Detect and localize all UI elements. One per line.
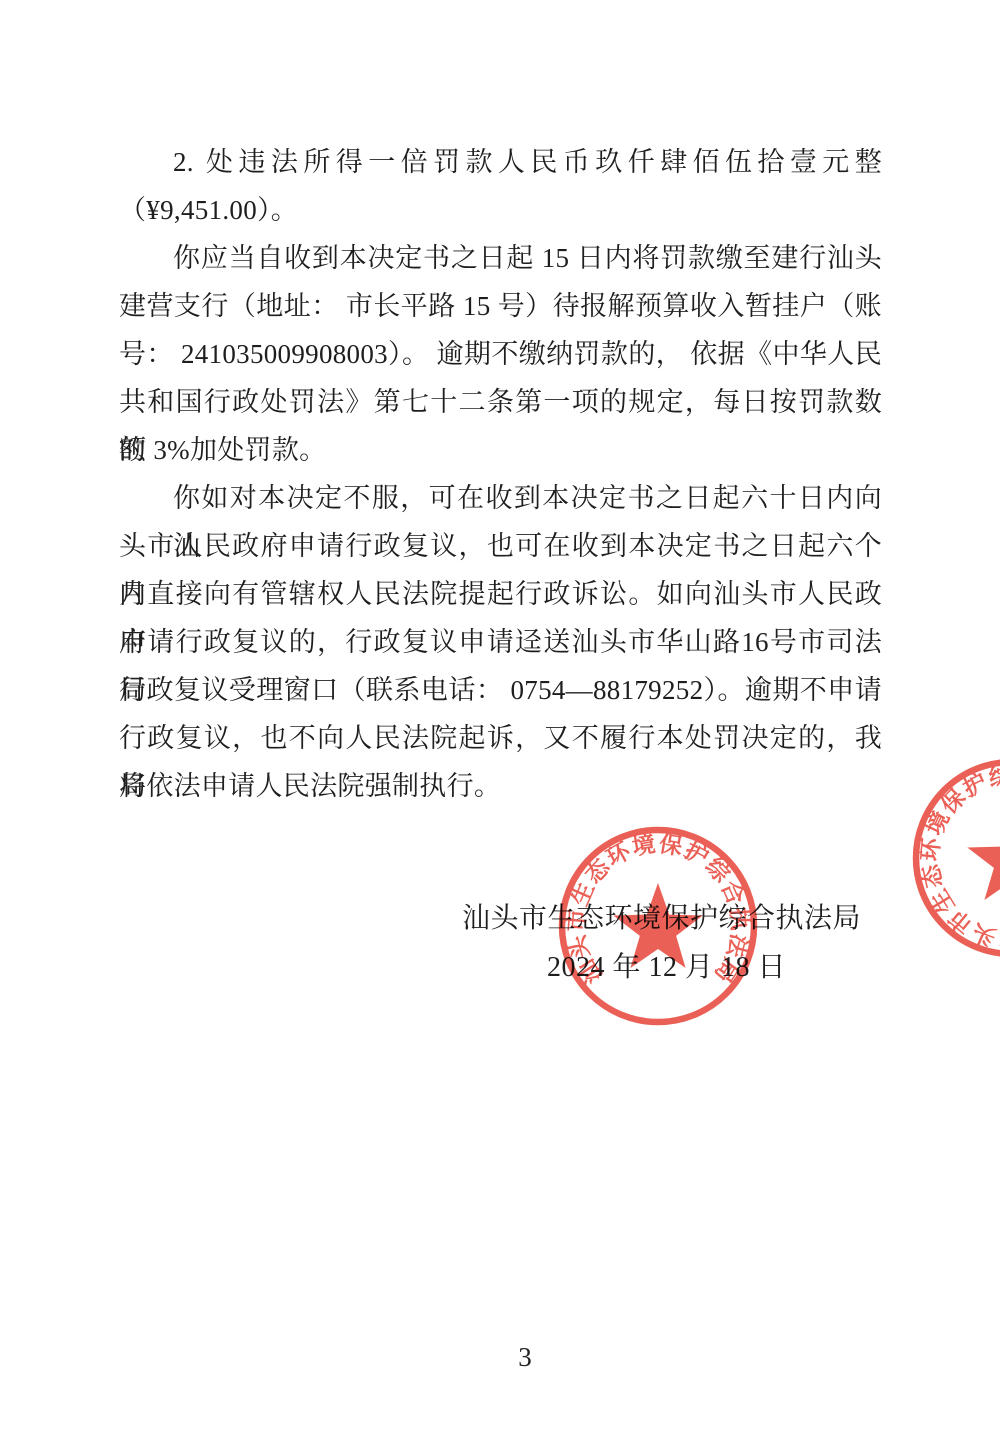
signature-agency: 汕头市生态环境保护综合执法局	[462, 901, 854, 937]
body-line: 你应当自收到本决定书之日起 15 日内将罚款缴至建行汕头	[119, 234, 882, 282]
body-line: 建营支行（地址： 市长平路 15 号）待报解预算收入暂挂户（账	[119, 282, 882, 330]
svg-text:汕头市生态环境保护综合执法局: 汕头市生态环境保护综合执法局	[902, 746, 1000, 966]
signature-date: 2024 年 12 月 18 日	[547, 950, 786, 986]
official-seal-partial: 汕头市生态环境保护综合执法局	[902, 746, 1000, 966]
body-line: 行政复议，也不向人民法院起诉，又不履行本处罚决定的，我局	[119, 714, 882, 762]
body-line: 共和国行政处罚法》第七十二条第一项的规定，每日按罚款数额	[119, 378, 882, 426]
body-text: 2. 处违法所得一倍罚款人民币玖仟肆佰伍拾壹元整（¥9,451.00）。你应当自…	[119, 138, 882, 810]
seal-ring	[916, 762, 1000, 954]
body-line: 你如对本决定不服，可在收到本决定书之日起六十日内向汕	[119, 474, 882, 522]
seal-arc-text: 汕头市生态环境保护综合执法局	[902, 746, 1000, 966]
body-line: 申请行政复议的，行政复议申请迳送汕头市华山路16号市司法局	[119, 618, 882, 666]
seal-star-icon	[967, 815, 1000, 900]
body-line: 2. 处违法所得一倍罚款人民币玖仟肆佰伍拾壹元整	[119, 138, 882, 186]
body-line: 内直接向有管辖权人民法院提起行政诉讼。如向汕头市人民政府	[119, 570, 882, 618]
body-line: 的 3%加处罚款。	[119, 426, 882, 474]
body-line: 行政复议受理窗口（联系电话： 0754—88179252）。逾期不申请	[119, 666, 882, 714]
body-line: 将依法申请人民法院强制执行。	[119, 762, 882, 810]
document-page: 2. 处违法所得一倍罚款人民币玖仟肆佰伍拾壹元整（¥9,451.00）。你应当自…	[0, 0, 1000, 1429]
body-line: 号： 241035009908003）。 逾期不缴纳罚款的， 依据《中华人民	[119, 330, 882, 378]
body-line: 头市人民政府申请行政复议，也可在收到本决定书之日起六个月	[119, 522, 882, 570]
body-line: （¥9,451.00）。	[119, 186, 882, 234]
page-number: 3	[495, 1342, 555, 1373]
